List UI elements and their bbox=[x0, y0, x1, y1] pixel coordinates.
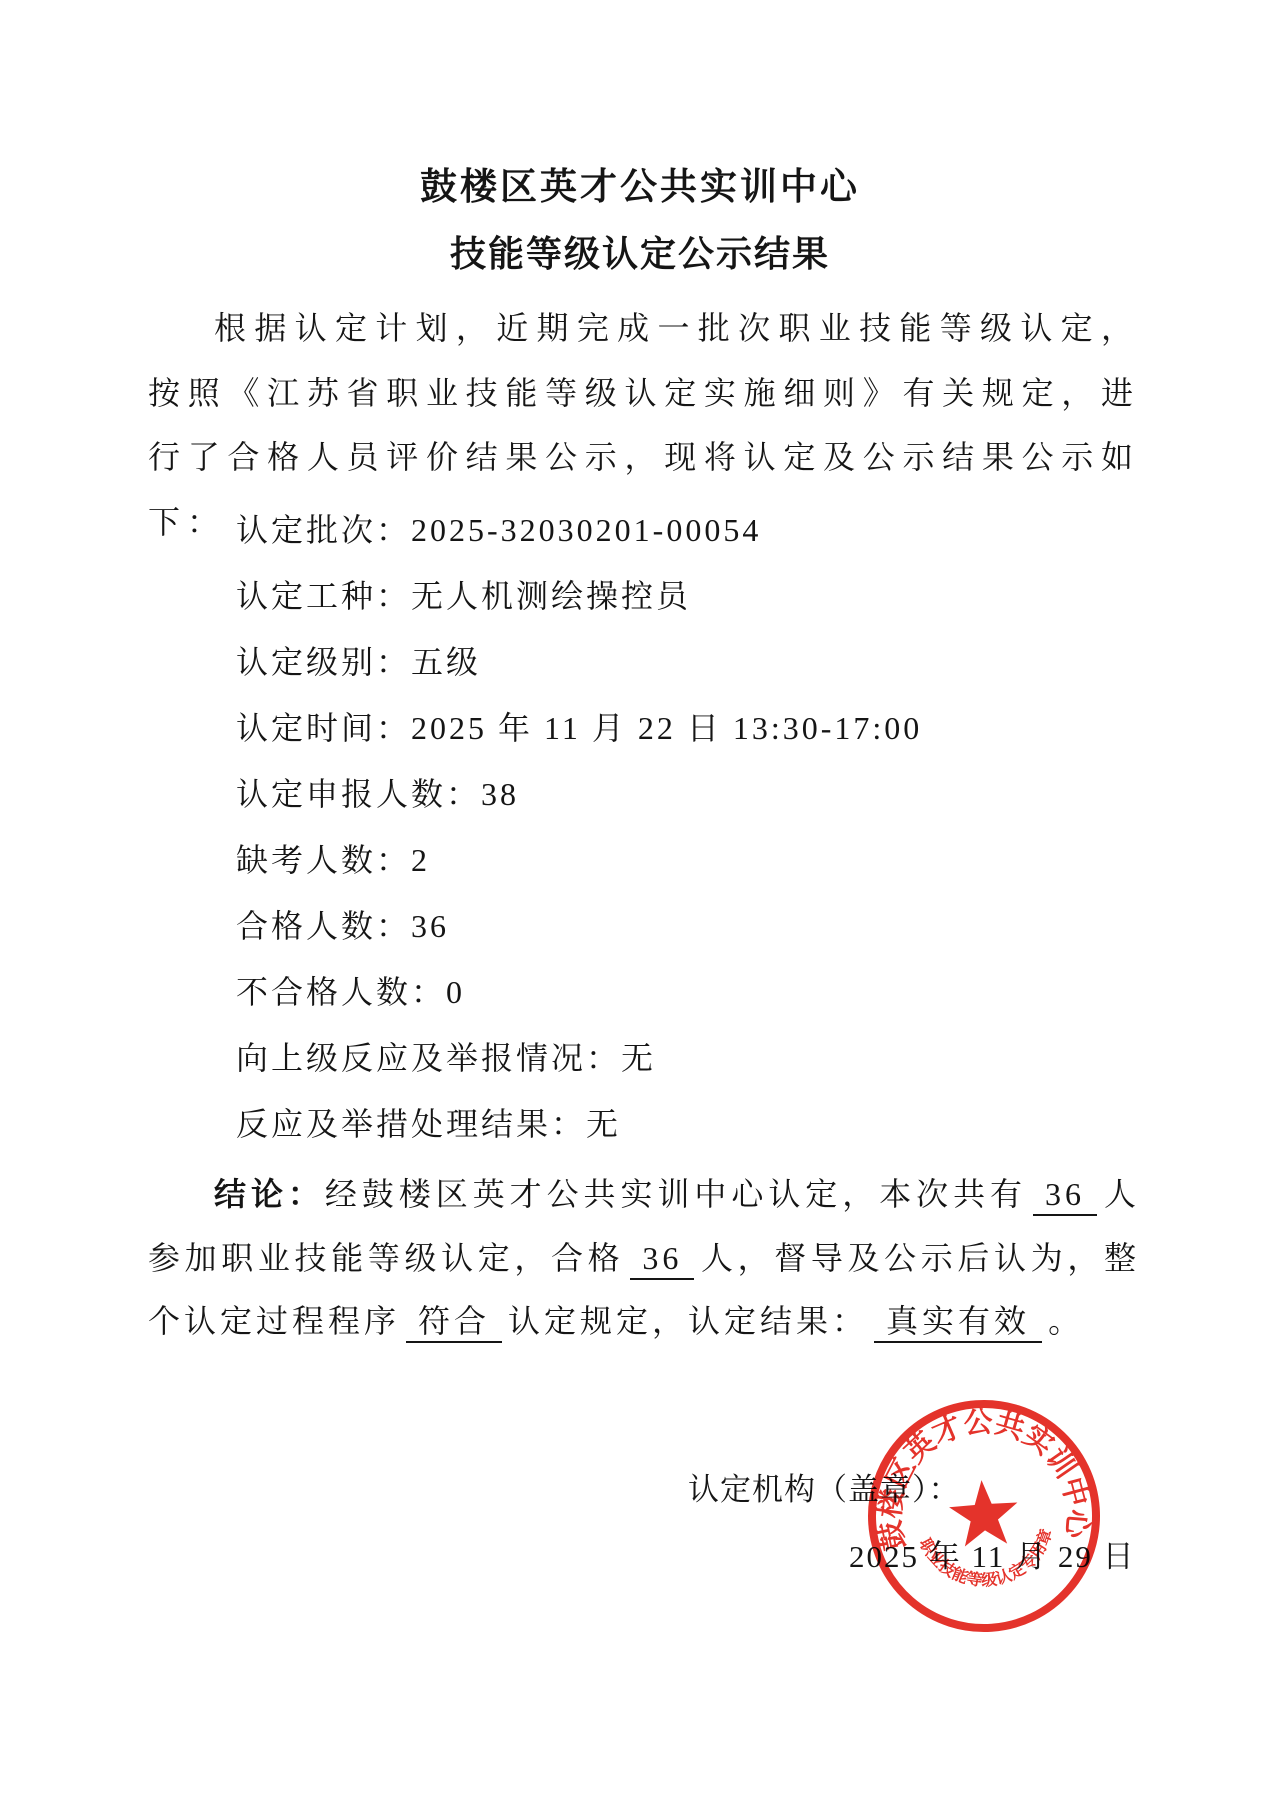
item-label: 向上级反应及举报情况： bbox=[236, 1040, 621, 1076]
list-item-level: 认定级别：五级 bbox=[236, 629, 922, 695]
list-item-passed: 合格人数：36 bbox=[236, 893, 922, 959]
list-item-report-handling: 反应及举措处理结果：无 bbox=[236, 1091, 922, 1157]
document-title-line2: 技能等级认定公示结果 bbox=[0, 226, 1280, 282]
item-value: 2 bbox=[411, 842, 430, 878]
item-label: 不合格人数： bbox=[236, 974, 446, 1010]
item-value: 38 bbox=[481, 776, 519, 812]
list-item-absent: 缺考人数：2 bbox=[236, 827, 922, 893]
item-value: 五级 bbox=[411, 644, 481, 680]
official-seal: 鼓楼区英才公共实训中心 职业技能等级认定专用章 bbox=[856, 1388, 1112, 1644]
filled-blank-passed: 36 bbox=[630, 1238, 694, 1280]
list-item-batch: 认定批次：2025-32030201-00054 bbox=[236, 497, 922, 563]
filled-blank-participants: 36 bbox=[1033, 1174, 1097, 1216]
list-item-occupation: 认定工种：无人机测绘操控员 bbox=[236, 563, 922, 629]
list-item-time: 认定时间：2025 年 11 月 22 日 13:30-17:00 bbox=[236, 695, 922, 761]
item-label: 反应及举措处理结果： bbox=[236, 1106, 586, 1142]
conclusion-text: 经鼓楼区英才公共实训中心认定，本次共有 bbox=[325, 1176, 1027, 1212]
item-value: 2025 年 11 月 22 日 13:30-17:00 bbox=[411, 710, 922, 746]
item-label: 认定工种： bbox=[236, 578, 411, 614]
document-page: 鼓楼区英才公共实训中心 技能等级认定公示结果 根据认定计划，近期完成一批次职业技… bbox=[0, 0, 1280, 1810]
star-icon bbox=[947, 1478, 1020, 1548]
list-item-reports: 向上级反应及举报情况：无 bbox=[236, 1025, 922, 1091]
seal-bottom-arc-text: 职业技能等级认定专用章 bbox=[915, 1525, 1060, 1594]
item-label: 合格人数： bbox=[236, 908, 411, 944]
certification-detail-list: 认定批次：2025-32030201-00054 认定工种：无人机测绘操控员 认… bbox=[236, 497, 922, 1157]
conclusion-label: 结论： bbox=[214, 1176, 325, 1212]
item-label: 缺考人数： bbox=[236, 842, 411, 878]
conclusion-text: 认定规定，认定结果： bbox=[508, 1303, 868, 1339]
list-item-failed: 不合格人数：0 bbox=[236, 959, 922, 1025]
item-label: 认定级别： bbox=[236, 644, 411, 680]
item-label: 认定时间： bbox=[236, 710, 411, 746]
conclusion-text: 。 bbox=[1048, 1303, 1084, 1339]
item-value: 无 bbox=[586, 1106, 621, 1142]
item-value: 0 bbox=[446, 974, 465, 1010]
document-title-line1: 鼓楼区英才公共实训中心 bbox=[0, 160, 1280, 216]
item-value: 无 bbox=[621, 1040, 656, 1076]
item-value: 2025-32030201-00054 bbox=[411, 512, 761, 548]
filled-blank-result: 真实有效 bbox=[874, 1301, 1042, 1343]
conclusion-paragraph: 结论：经鼓楼区英才公共实训中心认定，本次共有36人参加职业技能等级认定，合格36… bbox=[148, 1163, 1140, 1354]
filled-blank-compliance: 符合 bbox=[406, 1301, 502, 1343]
list-item-applicants: 认定申报人数：38 bbox=[236, 761, 922, 827]
item-value: 36 bbox=[411, 908, 449, 944]
item-label: 认定批次： bbox=[236, 512, 411, 548]
item-value: 无人机测绘操控员 bbox=[411, 578, 691, 614]
item-label: 认定申报人数： bbox=[236, 776, 481, 812]
